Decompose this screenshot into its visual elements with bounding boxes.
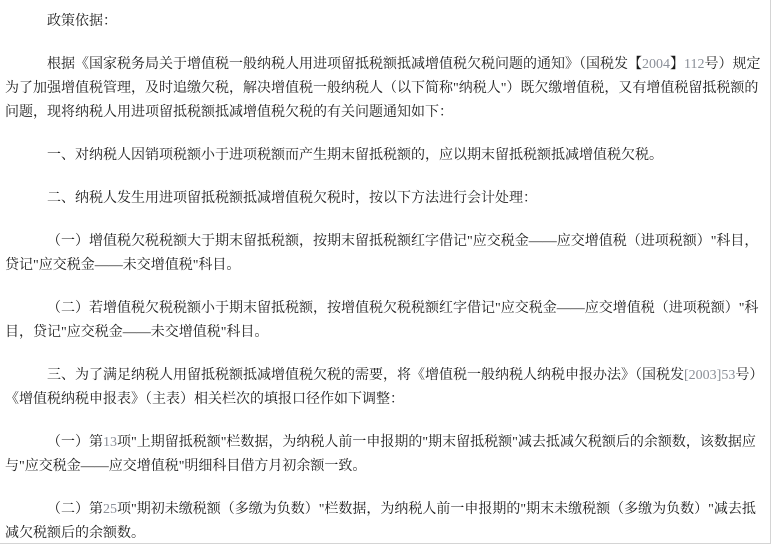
para-item-2: 二、纳税人发生用进项留抵税额抵减增值税欠税时，按以下方法进行会计处理：	[5, 187, 764, 211]
para-item-2-sub-2: （二）若增值税欠税税额小于期末留抵税额，按增值税欠税税额红字借记"应交税金——应…	[5, 297, 764, 345]
para-item-2-sub-1: （一）增值税欠税税额大于期末留抵税额，按期末留抵税额红字借记"应交税金——应交增…	[5, 230, 764, 278]
numeral: 112	[684, 57, 704, 72]
para-item-3-sub-1: （一）第13项"上期留抵税额"栏数据，为纳税人前一申报期的"期末留抵税额"减去抵…	[5, 431, 764, 479]
document-content: 政策依据： 根据《国家税务局关于增值税一般纳税人用进项留抵税额抵减增值税欠税问题…	[0, 0, 770, 545]
document-page: 政策依据： 根据《国家税务局关于增值税一般纳税人用进项留抵税额抵减增值税欠税问题…	[0, 0, 771, 544]
numeral: 25	[103, 502, 117, 517]
numeral: 13	[103, 435, 117, 450]
para-item-3: 三、为了满足纳税人用留抵税额抵减增值税欠税的需要，将《增值税一般纳税人纳税申报办…	[5, 364, 764, 412]
para-policy-basis-heading: 政策依据：	[5, 10, 764, 34]
para-item-3-sub-2: （二）第25项"期初未缴税额（多缴为负数）"栏数据，为纳税人前一申报期的"期末未…	[5, 498, 764, 545]
numeral: 2004	[642, 57, 670, 72]
para-item-1: 一、对纳税人因销项税额小于进项税额而产生期末留抵税额的，应以期末留抵税额抵减增值…	[5, 144, 764, 168]
para-notice-intro: 根据《国家税务局关于增值税一般纳税人用进项留抵税额抵减增值税欠税问题的通知》（国…	[5, 53, 764, 125]
numeral: [2003]53	[684, 368, 735, 383]
